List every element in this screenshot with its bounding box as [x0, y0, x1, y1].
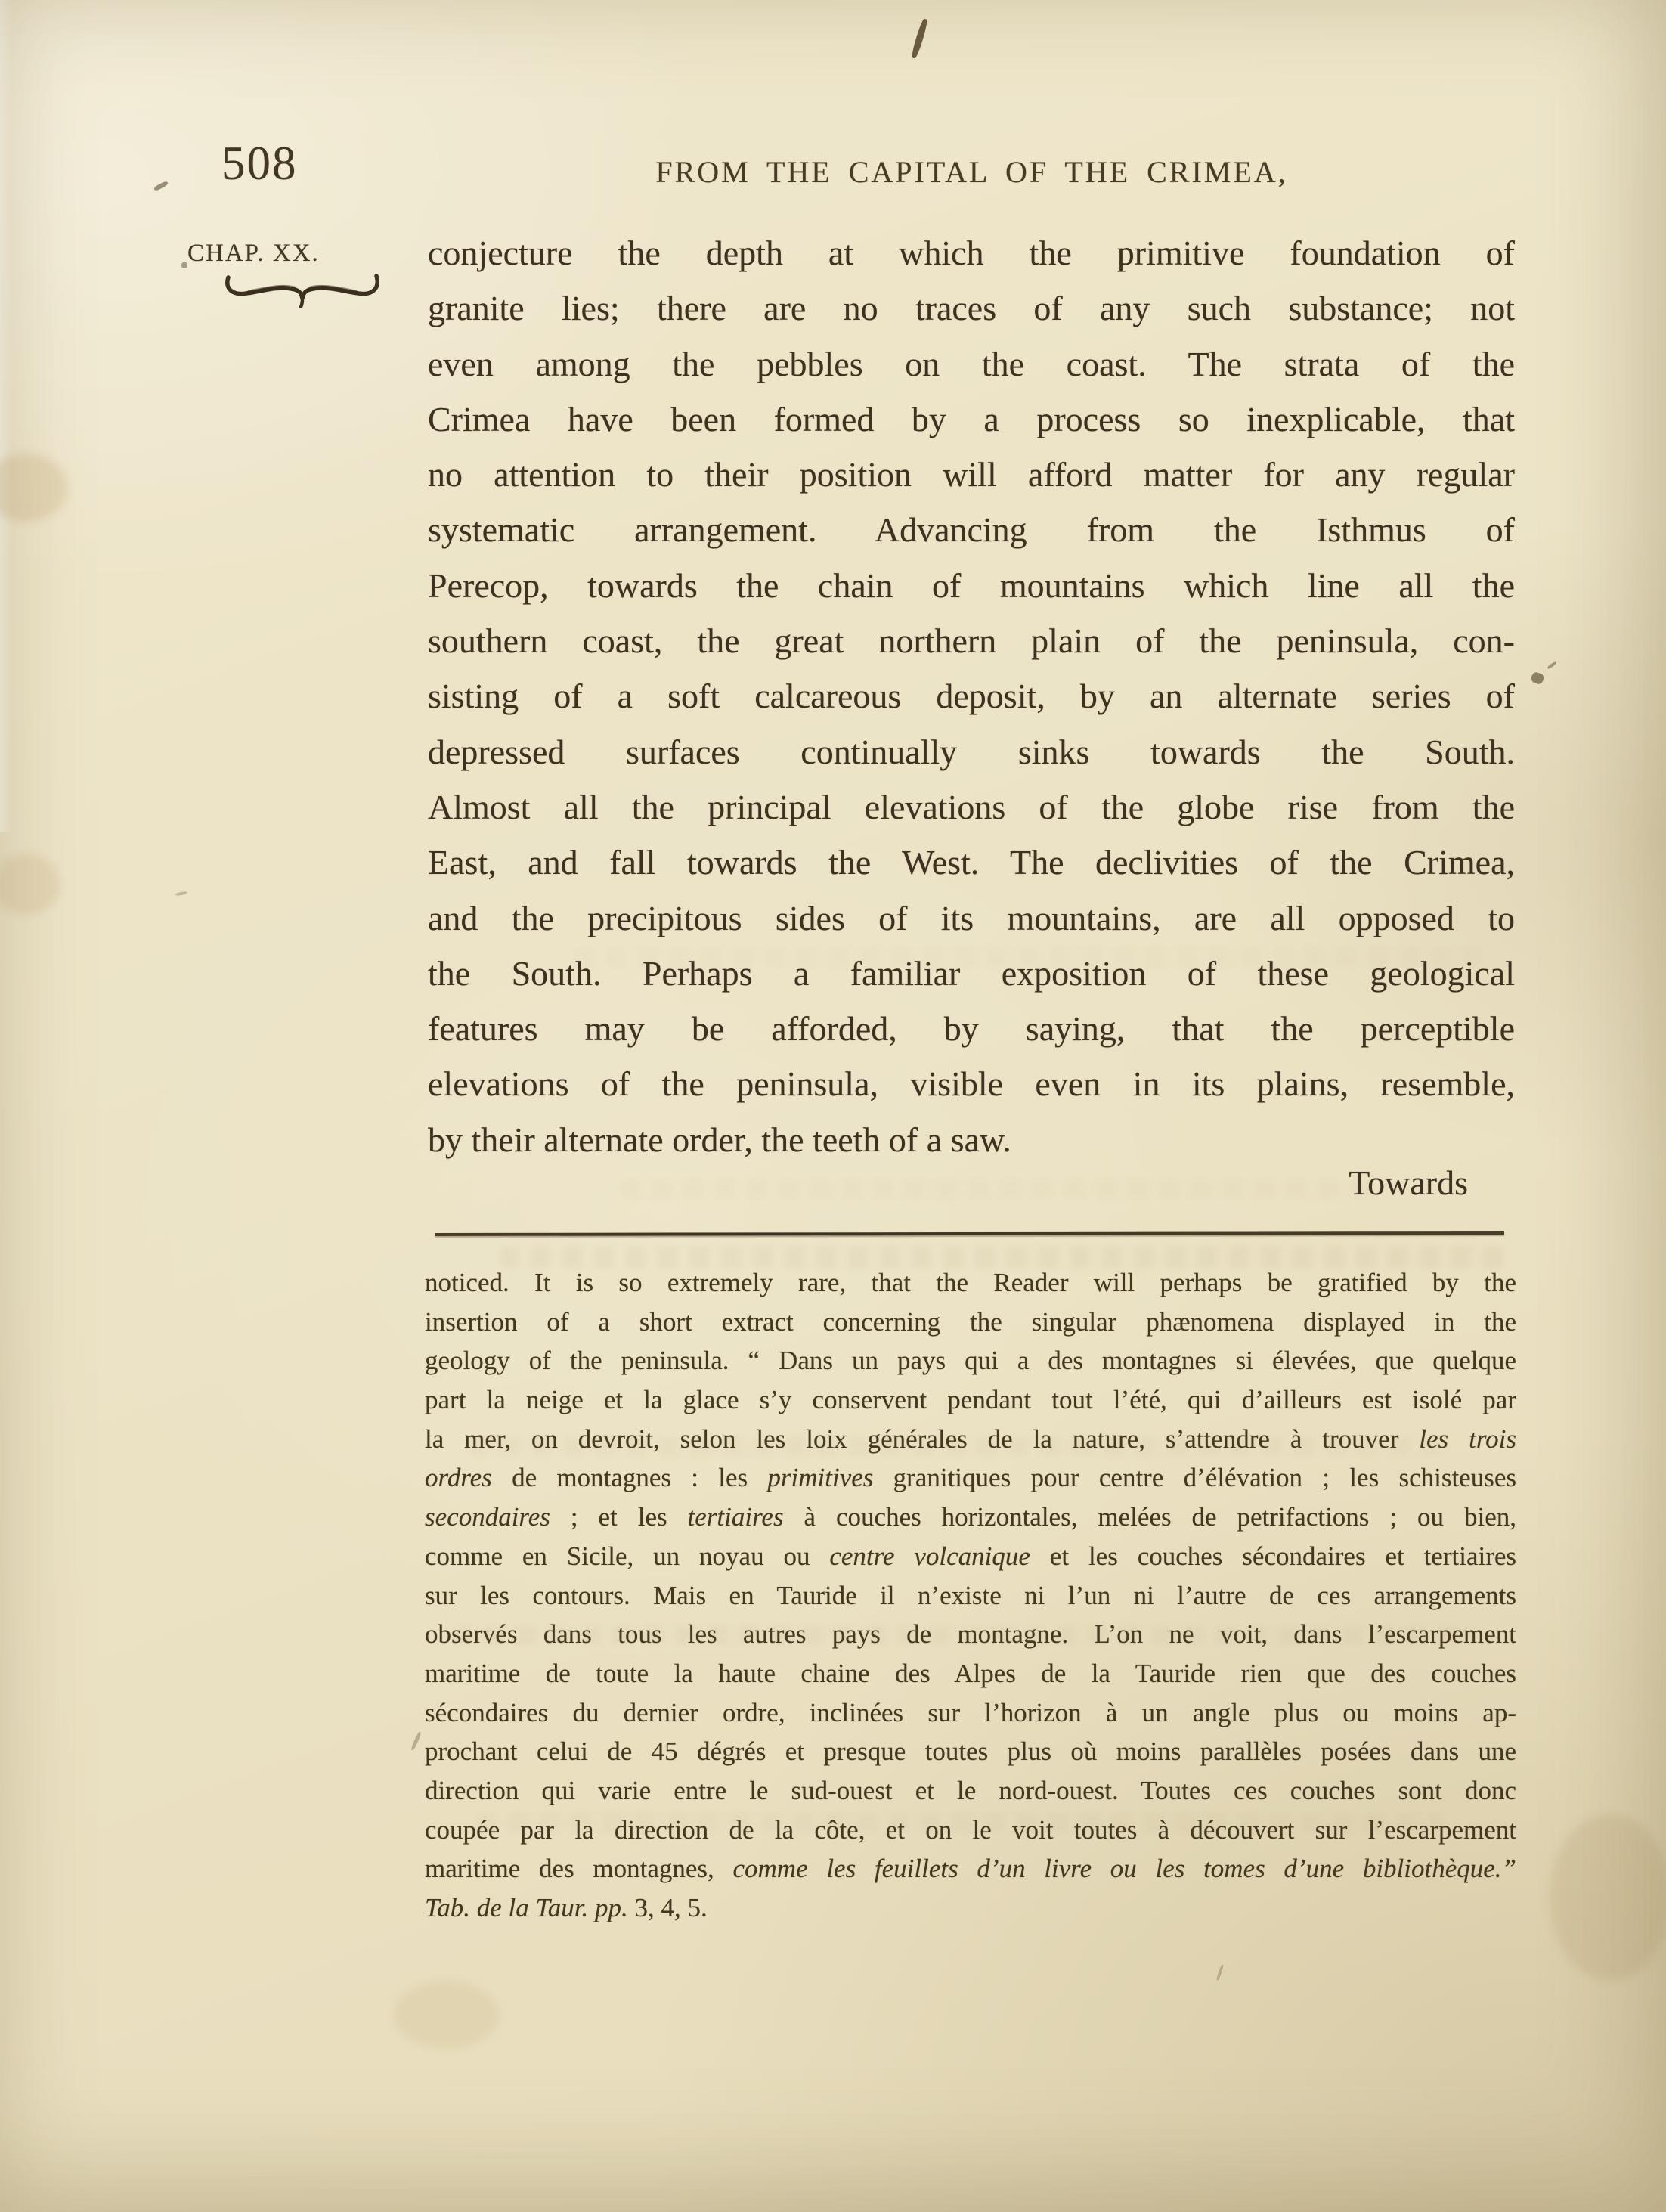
footnote-line: insertion of a short extract concerning … [425, 1303, 1516, 1342]
footnote-text-segment: geology of the peninsula. “ Dans un pays… [425, 1346, 1516, 1375]
text-line: granite lies; there are no traces of any… [428, 280, 1515, 336]
footnote-text-segment: 3, 4, 5. [628, 1893, 708, 1922]
footnote-italic-segment: Tab. de la Taur. pp. [425, 1893, 628, 1922]
catchword: Towards [428, 1163, 1468, 1203]
footnote-line: Tab. de la Taur. pp. 3, 4, 5. [425, 1888, 1516, 1928]
footnote-italic-segment: ordres [425, 1463, 492, 1492]
page-edge-highlight [0, 0, 12, 832]
text-line: Perecop, towards the chain of mountains … [428, 558, 1515, 613]
footnote-italic-segment: comme les feuillets d’un livre ou les to… [733, 1854, 1517, 1883]
paper-stain [0, 854, 60, 915]
footnote-line: geology of the peninsula. “ Dans un pays… [425, 1341, 1516, 1380]
text-line: elevations of the peninsula, visible eve… [428, 1056, 1515, 1111]
footnote-line: comme en Sicile, un noyau ou centre volc… [425, 1537, 1516, 1576]
chapter-flourish-ornament [224, 271, 381, 308]
text-line: sisting of a soft calcareous deposit, by… [428, 668, 1515, 723]
ink-speck [410, 1731, 422, 1751]
footnote-italic-segment: les trois [1419, 1424, 1516, 1454]
text-line: southern coast, the great northern plain… [428, 613, 1515, 668]
footnote-text-segment: granitiques pour centre d’élévation ; le… [873, 1463, 1516, 1492]
footnote-line: la mer, on devroit, selon les loix génér… [425, 1420, 1516, 1459]
body-text: conjecture the depth at which the primit… [428, 225, 1515, 1167]
footnote-text-segment: direction qui varie entre le sud-ouest e… [425, 1776, 1516, 1805]
footnote-line: sur les contours. Mais en Tauride il n’e… [425, 1576, 1516, 1616]
ink-speck [181, 262, 187, 268]
footnote-italic-segment: secondaires [425, 1502, 550, 1532]
ink-speck [153, 181, 169, 192]
footnote-text-segment: de montagnes : les [492, 1463, 768, 1492]
text-line: Almost all the principal elevations of t… [428, 779, 1515, 835]
text-line: systematic arrangement. Advancing from t… [428, 502, 1515, 557]
footnote-divider [435, 1231, 1504, 1236]
text-line: depressed surfaces continually sinks tow… [428, 724, 1515, 779]
ink-speck [175, 891, 187, 897]
footnote: noticed. It is so extremely rare, that t… [425, 1263, 1516, 1928]
footnote-line: direction qui varie entre le sud-ouest e… [425, 1771, 1516, 1811]
paper-stain [393, 1981, 499, 2049]
footnote-line: sécondaires du dernier ordre, inclinées … [425, 1693, 1516, 1733]
text-line: features may be afforded, by saying, tha… [428, 1001, 1515, 1056]
text-line: East, and fall towards the West. The dec… [428, 835, 1515, 890]
footnote-italic-segment: tertiaires [688, 1502, 784, 1532]
running-header: FROM THE CAPITAL OF THE CRIMEA, [429, 154, 1515, 190]
footnote-text-segment: ; et les [550, 1502, 688, 1532]
footnote-line: part la neige et la glace s’y conservent… [425, 1380, 1516, 1420]
footnote-line: maritime de toute la haute chaine des Al… [425, 1654, 1516, 1693]
page-number: 508 [221, 136, 298, 191]
footnote-line: coupée par la direction de la côte, et o… [425, 1811, 1516, 1850]
footnote-text-segment: la mer, on devroit, selon les loix génér… [425, 1424, 1419, 1454]
footnote-text-segment: sécondaires du dernier ordre, inclinées … [425, 1698, 1516, 1727]
footnote-text-segment: part la neige et la glace s’y conservent… [425, 1385, 1516, 1414]
text-line: even among the pebbles on the coast. The… [428, 336, 1515, 392]
ink-mark-slash [910, 18, 928, 59]
footnote-text-segment: insertion of a short extract concerning … [425, 1307, 1516, 1337]
footnote-text-segment: comme en Sicile, un noyau ou [425, 1541, 829, 1571]
footnote-text-segment: sur les contours. Mais en Tauride il n’e… [425, 1581, 1516, 1610]
ink-speck [1547, 661, 1557, 669]
footnote-text-segment: prochant celui de 45 dégrés et presque t… [425, 1736, 1516, 1766]
footnote-line: observés dans tous les autres pays de mo… [425, 1615, 1516, 1654]
text-line: and the precipitous sides of its mountai… [428, 891, 1515, 946]
paper-stain [1550, 1814, 1666, 1981]
footnote-text-segment: maritime de toute la haute chaine des Al… [425, 1659, 1516, 1688]
text-line: Crimea have been formed by a process so … [428, 392, 1515, 447]
ink-speck [1530, 671, 1545, 686]
footnote-line: prochant celui de 45 dégrés et presque t… [425, 1732, 1516, 1771]
footnote-text-segment: observés dans tous les autres pays de mo… [425, 1619, 1516, 1649]
text-line: the South. Perhaps a familiar exposition… [428, 946, 1515, 1001]
scanned-book-page: 508 FROM THE CAPITAL OF THE CRIMEA, CHAP… [0, 0, 1666, 2212]
chapter-marker: CHAP. XX. [187, 240, 320, 268]
text-line: no attention to their position will affo… [428, 447, 1515, 502]
footnote-text-segment: maritime des montagnes, [425, 1854, 733, 1883]
footnote-italic-segment: primitives [767, 1463, 873, 1492]
footnote-line: maritime des montagnes, comme les feuill… [425, 1849, 1516, 1888]
ink-speck [1216, 1964, 1225, 1981]
footnote-line: ordres de montagnes : les primitives gra… [425, 1458, 1516, 1498]
text-line: conjecture the depth at which the primit… [428, 225, 1515, 280]
footnote-italic-segment: centre volcanique [829, 1541, 1030, 1571]
footnote-text-segment: à couches horizontales, melées de petrif… [784, 1502, 1516, 1532]
text-line: by their alternate order, the teeth of a… [428, 1112, 1515, 1167]
footnote-line: secondaires ; et les tertiaires à couche… [425, 1498, 1516, 1537]
footnote-text-segment: noticed. It is so extremely rare, that t… [425, 1268, 1516, 1297]
footnote-text-segment: coupée par la direction de la côte, et o… [425, 1815, 1516, 1845]
footnote-line: noticed. It is so extremely rare, that t… [425, 1263, 1516, 1303]
footnote-text-segment: et les couches sécondaires et tertiaires [1030, 1541, 1516, 1571]
